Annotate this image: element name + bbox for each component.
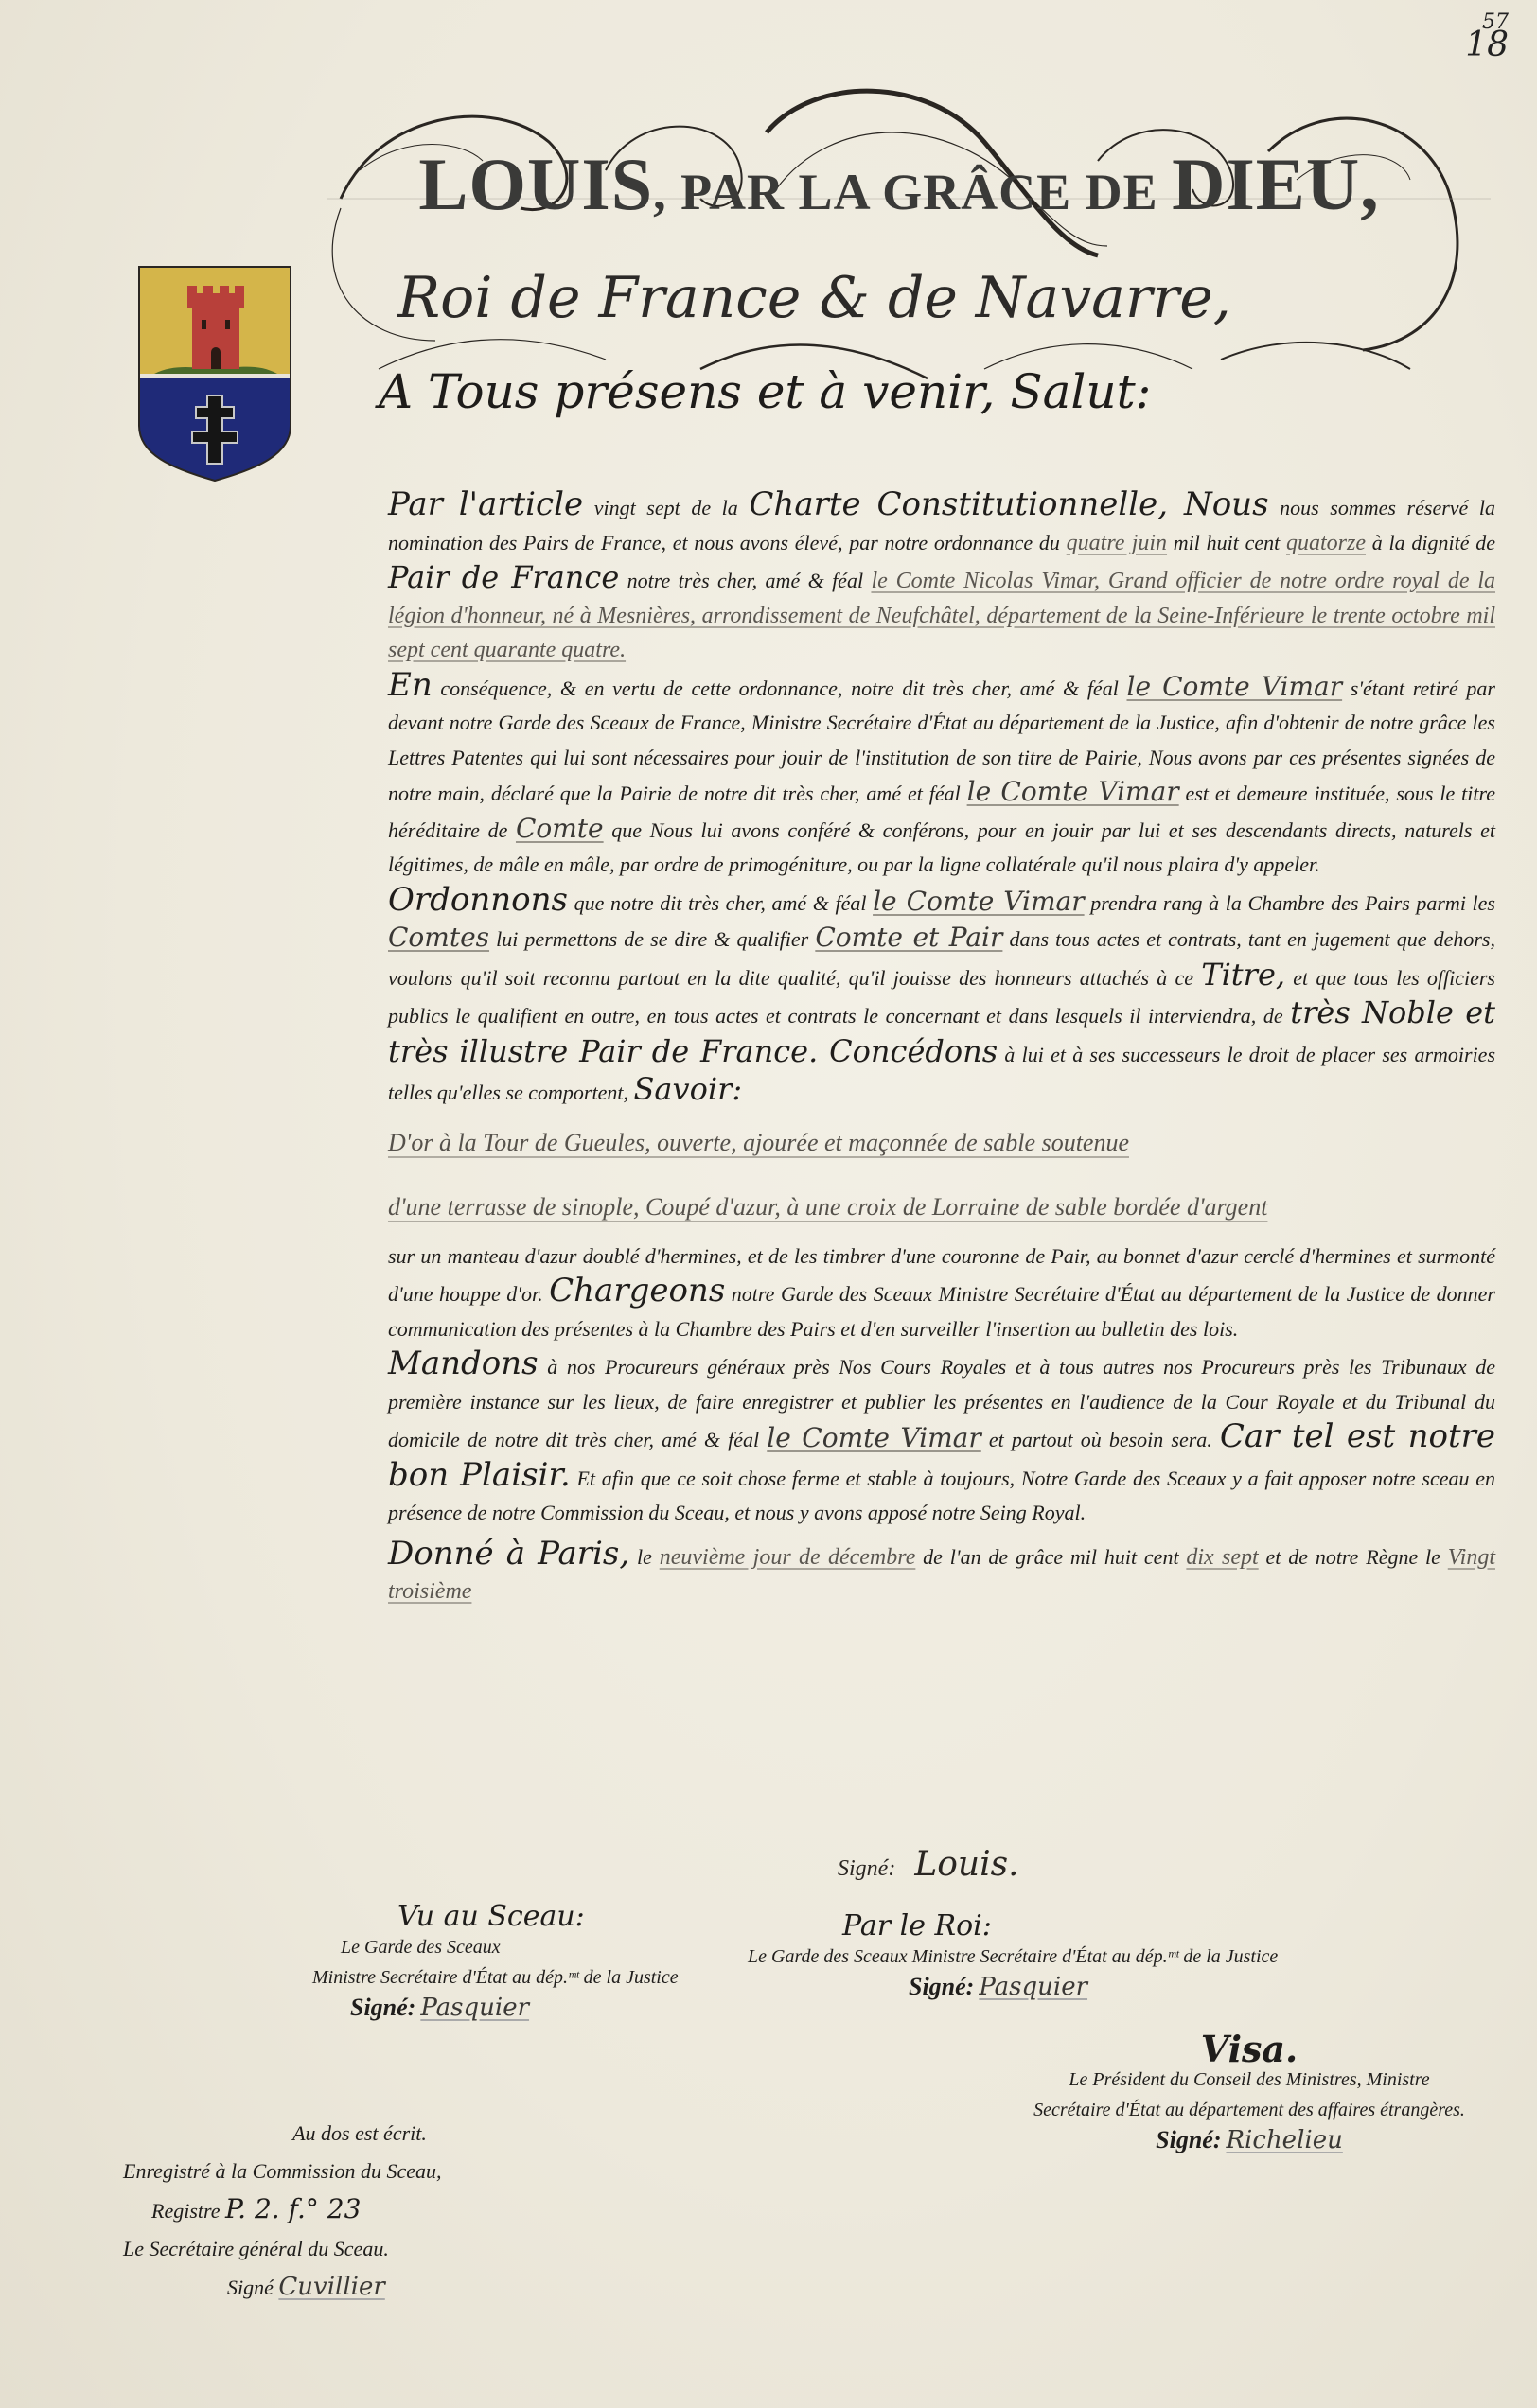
text: prendra rang à la Chambre des Pairs parm…: [1085, 891, 1495, 915]
concedons-word: Concédons: [818, 1033, 998, 1069]
title-louis: LOUIS: [418, 143, 653, 225]
title-dieu: DIEU,: [1172, 143, 1380, 225]
paragraph-ordonnons: Ordonnons que notre dit très cher, amé &…: [388, 883, 1495, 1111]
registre-label: Registre: [151, 2199, 221, 2223]
letters-patent-body: Par l'article vingt sept de la Charte Co…: [388, 487, 1495, 1609]
lead-word: Mandons: [388, 1345, 539, 1382]
block-heading: Au dos est écrit.: [123, 2115, 596, 2153]
text: lui permettons de se dire & qualifier: [489, 927, 815, 951]
filled-name: le Comte Vimar: [967, 776, 1179, 807]
filled-title: Comte et Pair: [815, 922, 1002, 953]
registre-reference: P. 2. f.° 23: [225, 2193, 361, 2224]
block-line: Le Secrétaire général du Sceau.: [123, 2230, 596, 2268]
vu-au-sceau-block: Vu au Sceau: Le Garde des Sceaux Ministr…: [312, 1902, 767, 2025]
signature-name: Pasquier: [420, 1994, 529, 2022]
blazon-description: D'or à la Tour de Gueules, ouverte, ajou…: [388, 1111, 1495, 1239]
savoir-word: Savoir:: [633, 1071, 742, 1107]
blazon-line: d'une terrasse de sinople, Coupé d'azur,…: [388, 1193, 1267, 1221]
par-le-roi-block: Par le Roi: Le Garde des Sceaux Ministre…: [748, 1911, 1410, 2004]
text: mil huit cent: [1167, 531, 1286, 554]
signe-label: Signé:: [1156, 2126, 1221, 2153]
filled-name: le Comte Vimar: [767, 1422, 981, 1453]
royal-title-line: Roi de France & de Navarre,: [397, 265, 1439, 331]
lead-word: Par l'article: [388, 485, 583, 523]
text: notre très cher, amé & féal: [619, 569, 871, 592]
signature-name: Cuvillier: [278, 2273, 384, 2301]
filled-name: le Comte Vimar: [873, 886, 1085, 917]
block-line: Le Garde des Sceaux Ministre Secrétaire …: [748, 1942, 1410, 1972]
folio-number: 57 18: [1465, 9, 1509, 59]
signe-label: Signé:: [350, 1994, 415, 2021]
document-title: LOUIS, PAR LA GRÂCE DE DIEU,: [360, 142, 1439, 227]
block-line: Ministre Secrétaire d'État au dép.ᵐᵗ de …: [312, 1962, 767, 1993]
paragraph-donne: Donné à Paris, le neuvième jour de décem…: [388, 1537, 1495, 1609]
coat-of-arms-icon: [135, 265, 294, 483]
block-line: Enregistré à la Commission du Sceau,: [123, 2153, 596, 2190]
block-heading: Visa.: [1003, 2034, 1495, 2065]
nous-label: Nous: [1168, 485, 1268, 523]
calligraphic-flourish-icon: [322, 57, 1495, 416]
titre-word: Titre,: [1201, 957, 1285, 993]
text: et de notre Règne le: [1259, 1545, 1448, 1569]
lead-word: En: [388, 666, 433, 704]
visa-block: Visa. Le Président du Conseil des Minist…: [1003, 2034, 1495, 2157]
signature-name: Richelieu: [1226, 2126, 1342, 2154]
au-dos-block: Au dos est écrit. Enregistré à la Commis…: [123, 2115, 596, 2307]
filled-title: Comte: [516, 813, 604, 844]
paragraph-consequence: En conséquence, & en vertu de cette ordo…: [388, 668, 1495, 883]
lead-word: Ordonnons: [388, 881, 568, 919]
filled-year: quatorze: [1286, 531, 1366, 555]
signe-label: Signé: [227, 2276, 274, 2299]
filled-date: neuvième jour de décembre: [660, 1545, 916, 1570]
block-line: Secrétaire d'État au département des aff…: [1003, 2095, 1495, 2125]
signe-label: Signé:: [838, 1856, 895, 1881]
text: conséquence, & en vertu de cette ordonna…: [433, 677, 1127, 700]
lead-word: Donné à Paris,: [388, 1535, 629, 1573]
salutation-line: A Tous présens et à venir, Salut:: [379, 364, 1420, 419]
text: de l'an de grâce mil huit cent: [915, 1545, 1186, 1569]
title-par-la-grace: , PAR LA GRÂCE DE: [653, 164, 1172, 220]
paragraph-mandons: Mandons à nos Procureurs généraux près N…: [388, 1346, 1495, 1531]
text: et partout où besoin sera.: [981, 1428, 1220, 1451]
filled-name: le Comte Vimar: [1126, 671, 1342, 702]
filled-rank: Comtes: [388, 922, 489, 953]
paragraph-article: Par l'article vingt sept de la Charte Co…: [388, 487, 1495, 668]
signe-label: Signé:: [909, 1973, 974, 2000]
text: le: [629, 1545, 660, 1569]
text: vingt sept de la: [583, 496, 749, 519]
filled-year: dix sept: [1186, 1545, 1258, 1570]
signature-name: Pasquier: [979, 1973, 1087, 2001]
king-signature: Signé:Louis.: [838, 1845, 1019, 1884]
paragraph-manteau: sur un manteau d'azur doublé d'hermines,…: [388, 1239, 1495, 1347]
text: que notre dit très cher, amé & féal: [568, 891, 873, 915]
lead-word: Chargeons: [549, 1272, 725, 1309]
folio-lower: 18: [1465, 32, 1509, 59]
filled-date: quatre juin: [1067, 531, 1167, 555]
block-line: Le Président du Conseil des Ministres, M…: [1003, 2065, 1495, 2095]
block-heading: Vu au Sceau:: [397, 1902, 767, 1932]
document-page: 57 18 LOUIS, PAR LA GRÂCE DE DIEU, Roi d…: [0, 0, 1537, 2408]
pair-de-france: Pair de France: [388, 559, 619, 595]
text: à la dignité de: [1366, 531, 1495, 554]
block-line: Le Garde des Sceaux: [341, 1932, 767, 1962]
block-heading: Par le Roi:: [842, 1911, 1410, 1942]
charte-label: Charte Constitutionnelle,: [749, 485, 1168, 523]
blazon-line: D'or à la Tour de Gueules, ouverte, ajou…: [388, 1129, 1129, 1156]
signature-name: Louis.: [914, 1845, 1018, 1884]
